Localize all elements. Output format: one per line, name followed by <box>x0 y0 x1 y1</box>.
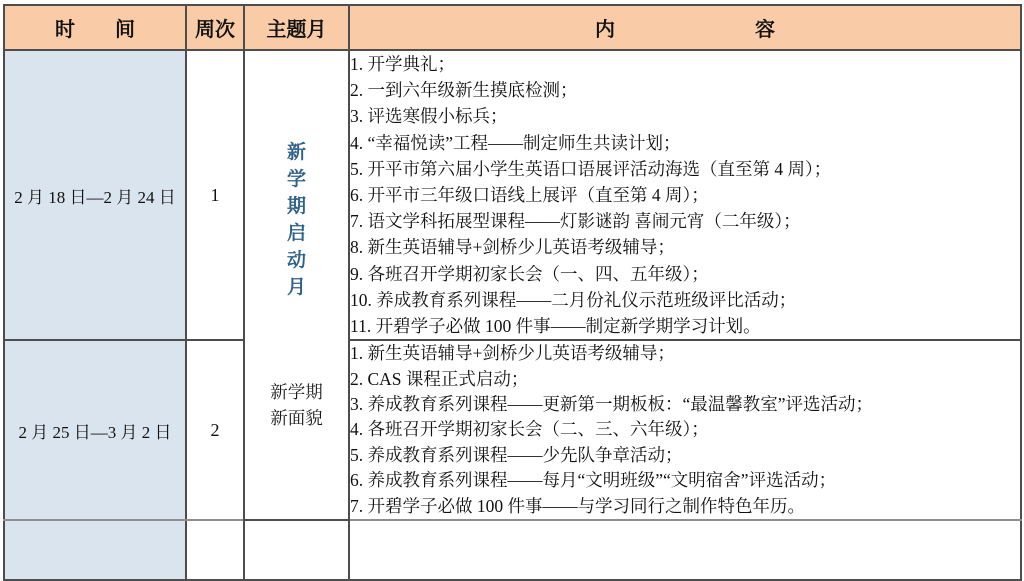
content-line: 1. 开学典礼； <box>350 51 1020 77</box>
theme-month-title: 新学期启动月 <box>286 139 307 301</box>
content-line: 7. 语文学科拓展型课程——灯影谜韵 喜闹元宵（二年级）； <box>350 208 1020 234</box>
week-3-row-partial <box>4 520 1021 539</box>
week-3-content-cell <box>349 520 1021 539</box>
content-line: 3. 养成教育系列课程——更新第一期板板：“最温馨教室”评选活动； <box>350 392 1020 417</box>
content-line: 1. 新生英语辅导+剑桥少儿英语考级辅导； <box>350 341 1020 366</box>
week-3-theme-cell <box>244 520 349 539</box>
week-3-date-cell <box>4 520 186 539</box>
week-2-number: 2 <box>186 340 244 520</box>
content-line: 10. 养成教育系列课程——二月份礼仪示范班级评比活动； <box>350 287 1020 313</box>
week-1-content-list: 1. 开学典礼；2. 一到六年级新生摸底检测；3. 评选寒假小标兵；4. “幸福… <box>349 50 1021 340</box>
theme-month-cell: 新学期启动月 新学期 新面貌 <box>244 50 349 520</box>
content-line: 5. 养成教育系列课程——少先队争章活动； <box>350 443 1020 468</box>
content-line: 2. 一到六年级新生摸底检测； <box>350 77 1020 103</box>
content-line: 7. 开碧学子必做 100 件事——与学习同行之制作特色年历。 <box>350 494 1020 519</box>
content-line: 2. CAS 课程正式启动； <box>350 367 1020 392</box>
header-week: 周次 <box>186 5 244 50</box>
week-2-content-list: 1. 新生英语辅导+剑桥少儿英语考级辅导；2. CAS 课程正式启动；3. 养成… <box>349 340 1021 520</box>
week-1-row: 2 月 18 日—2 月 24 日 1 新学期启动月 新学期 新面貌 1. 开学… <box>4 50 1021 340</box>
weekly-schedule-table: 时 间 周次 主题月 内 容 2 月 18 日—2 月 24 日 1 新学期启动… <box>3 4 1022 539</box>
schedule-sheet: 时 间 周次 主题月 内 容 2 月 18 日—2 月 24 日 1 新学期启动… <box>3 4 1022 539</box>
content-line: 9. 各班召开学期初家长会（一、四、五年级）； <box>350 261 1020 287</box>
week-3-number-cell <box>186 520 244 539</box>
week-2-date-range: 2 月 25 日—3 月 2 日 <box>4 340 186 520</box>
content-line: 8. 新生英语辅导+剑桥少儿英语考级辅导； <box>350 234 1020 260</box>
content-line: 11. 开碧学子必做 100 件事——制定新学期学习计划。 <box>350 313 1020 339</box>
content-line: 4. 各班召开学期初家长会（二、三、六年级）； <box>350 417 1020 442</box>
theme-month-wrap: 新学期启动月 新学期 新面貌 <box>245 139 348 431</box>
header-time: 时 间 <box>4 5 186 50</box>
content-line: 6. 开平市三年级口语线上展评（直至第 4 周）； <box>350 182 1020 208</box>
week-1-date-range: 2 月 18 日—2 月 24 日 <box>4 50 186 340</box>
content-line: 6. 养成教育系列课程——每月“文明班级”“文明宿舍”评选活动； <box>350 468 1020 493</box>
week-2-row: 2 月 25 日—3 月 2 日 2 1. 新生英语辅导+剑桥少儿英语考级辅导；… <box>4 340 1021 520</box>
theme-month-subtitle: 新学期 新面貌 <box>270 379 323 431</box>
header-content: 内 容 <box>349 5 1021 50</box>
content-line: 3. 评选寒假小标兵； <box>350 103 1020 129</box>
header-row: 时 间 周次 主题月 内 容 <box>4 5 1021 50</box>
week-1-number: 1 <box>186 50 244 340</box>
header-theme-month: 主题月 <box>244 5 349 50</box>
content-line: 5. 开平市第六届小学生英语口语展评活动海选（直至第 4 周）； <box>350 156 1020 182</box>
content-line: 4. “幸福悦读”工程——制定师生共读计划； <box>350 130 1020 156</box>
